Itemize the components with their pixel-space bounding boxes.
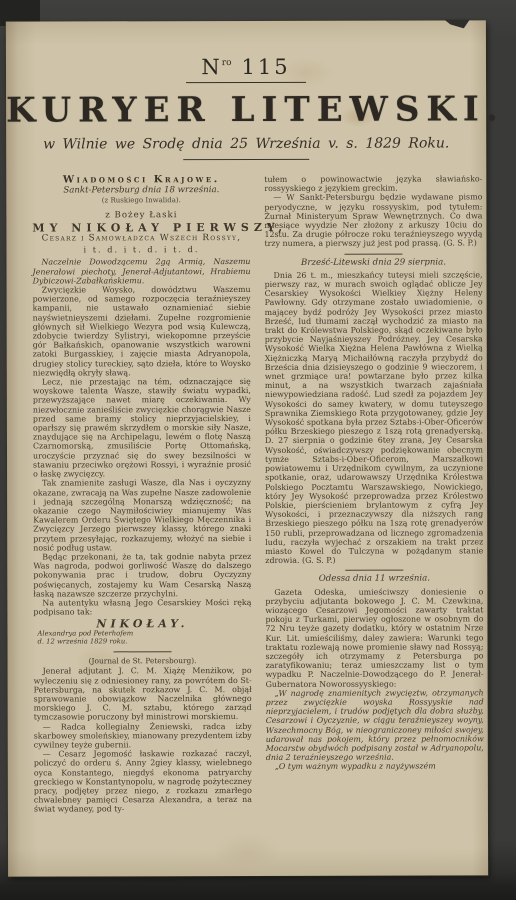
masthead-rule-top [186, 82, 306, 83]
paragraph: — W Sankt-Petersburgu będzie wydawane pi… [264, 193, 482, 249]
section-header: Wiadomości Krajowe. [32, 175, 250, 185]
right-column: tułem o powinowactwie języka sławiańsko-… [264, 174, 484, 813]
letter-quote-paragraph: „O tym ważnym wypadku z nayżywszém [266, 762, 484, 772]
article-columns: Wiadomości Krajowe. Sankt-Petersburg dni… [32, 174, 484, 814]
imperial-signature: NIKOŁAY. [33, 619, 251, 629]
paragraph: Na autentyku własną Jego Cesarskiey Mośc… [33, 598, 251, 617]
continuation-paragraph: tułem o powinowactwie języka sławiańsko-… [264, 174, 482, 193]
issue-label: N [201, 55, 221, 79]
paragraph: Lecz, nie przestając na tém, odznaczając… [33, 377, 251, 479]
issue-superscript: ro [222, 58, 232, 68]
masthead: Nro115 KURYER LITEWSKI. w Wilnie we Srod… [6, 54, 486, 160]
address-paragraph: Naczelnie Dowodzącemu 2gą Armią, Naszemu… [33, 257, 251, 285]
letter-quote-paragraph: „W nagrodę znamienitych zwycięztw, otrzy… [266, 688, 484, 762]
section-divider-rule [345, 570, 403, 571]
masthead-dateline: w Wilnie we Srodę dnia 25 Września v. s.… [6, 135, 486, 152]
paragraph: — Cesarz Jegomość łaskawie rozkazać racz… [34, 749, 252, 814]
left-column: Wiadomości Krajowe. Sankt-Petersburg dni… [32, 175, 252, 814]
paragraph: Gazeta Odeska, umieściwszy doniesienie o… [265, 587, 483, 689]
issue-value: 115 [241, 55, 290, 79]
section-divider-rule [114, 651, 172, 652]
paragraph: Jenerał adjutant J. C. M. Xiążę Menżikow… [34, 666, 252, 722]
newspaper-scan: Nro115 KURYER LITEWSKI. w Wilnie we Srod… [0, 0, 516, 900]
monarch-name-line: MY NIKOŁAY PIERWSZY, [32, 223, 250, 233]
journal-source-note: (Journal de St. Petersbourg). [34, 656, 252, 666]
paragraph: Tak znamienite zasługi Wasze, dla Nas i … [33, 478, 251, 552]
signature-date: d. 12 września 1829 roku. [37, 638, 251, 646]
paragraph: Dnia 26 t. m., mieszkańcy tuteysi mieli … [265, 270, 484, 565]
paragraph: — Radca kollegialny Żeniewski, radca izb… [34, 722, 252, 750]
torn-corner [442, 19, 470, 28]
masthead-rule-bottom [183, 159, 309, 160]
grace-line: z Bożey Łaski [32, 211, 250, 221]
tsar-title-line: Cesarz i Samowładzca Wszech Rossyy, [32, 234, 250, 244]
city-dateline: Sankt-Petersburg dnia 18 września. [32, 186, 250, 196]
paragraph: Będąc przekonani, że ta, tak godnie naby… [33, 552, 251, 599]
masthead-title: KURYER LITEWSKI. [6, 89, 486, 130]
newspaper-page: Nro115 KURYER LITEWSKI. w Wilnie we Srod… [6, 20, 488, 876]
signature-place: Alexandrya pod Peterhofem [37, 630, 251, 638]
paragraph: Zwycięzkie Woysko, dowództwu Waszemu pow… [33, 285, 251, 378]
section-divider-rule [344, 253, 402, 254]
etcetera-line: i t. d. i t. d. i t. d. [32, 245, 250, 255]
issue-number: Nro115 [6, 54, 486, 79]
source-note: (z Ruskiego Inwalida). [32, 196, 250, 206]
